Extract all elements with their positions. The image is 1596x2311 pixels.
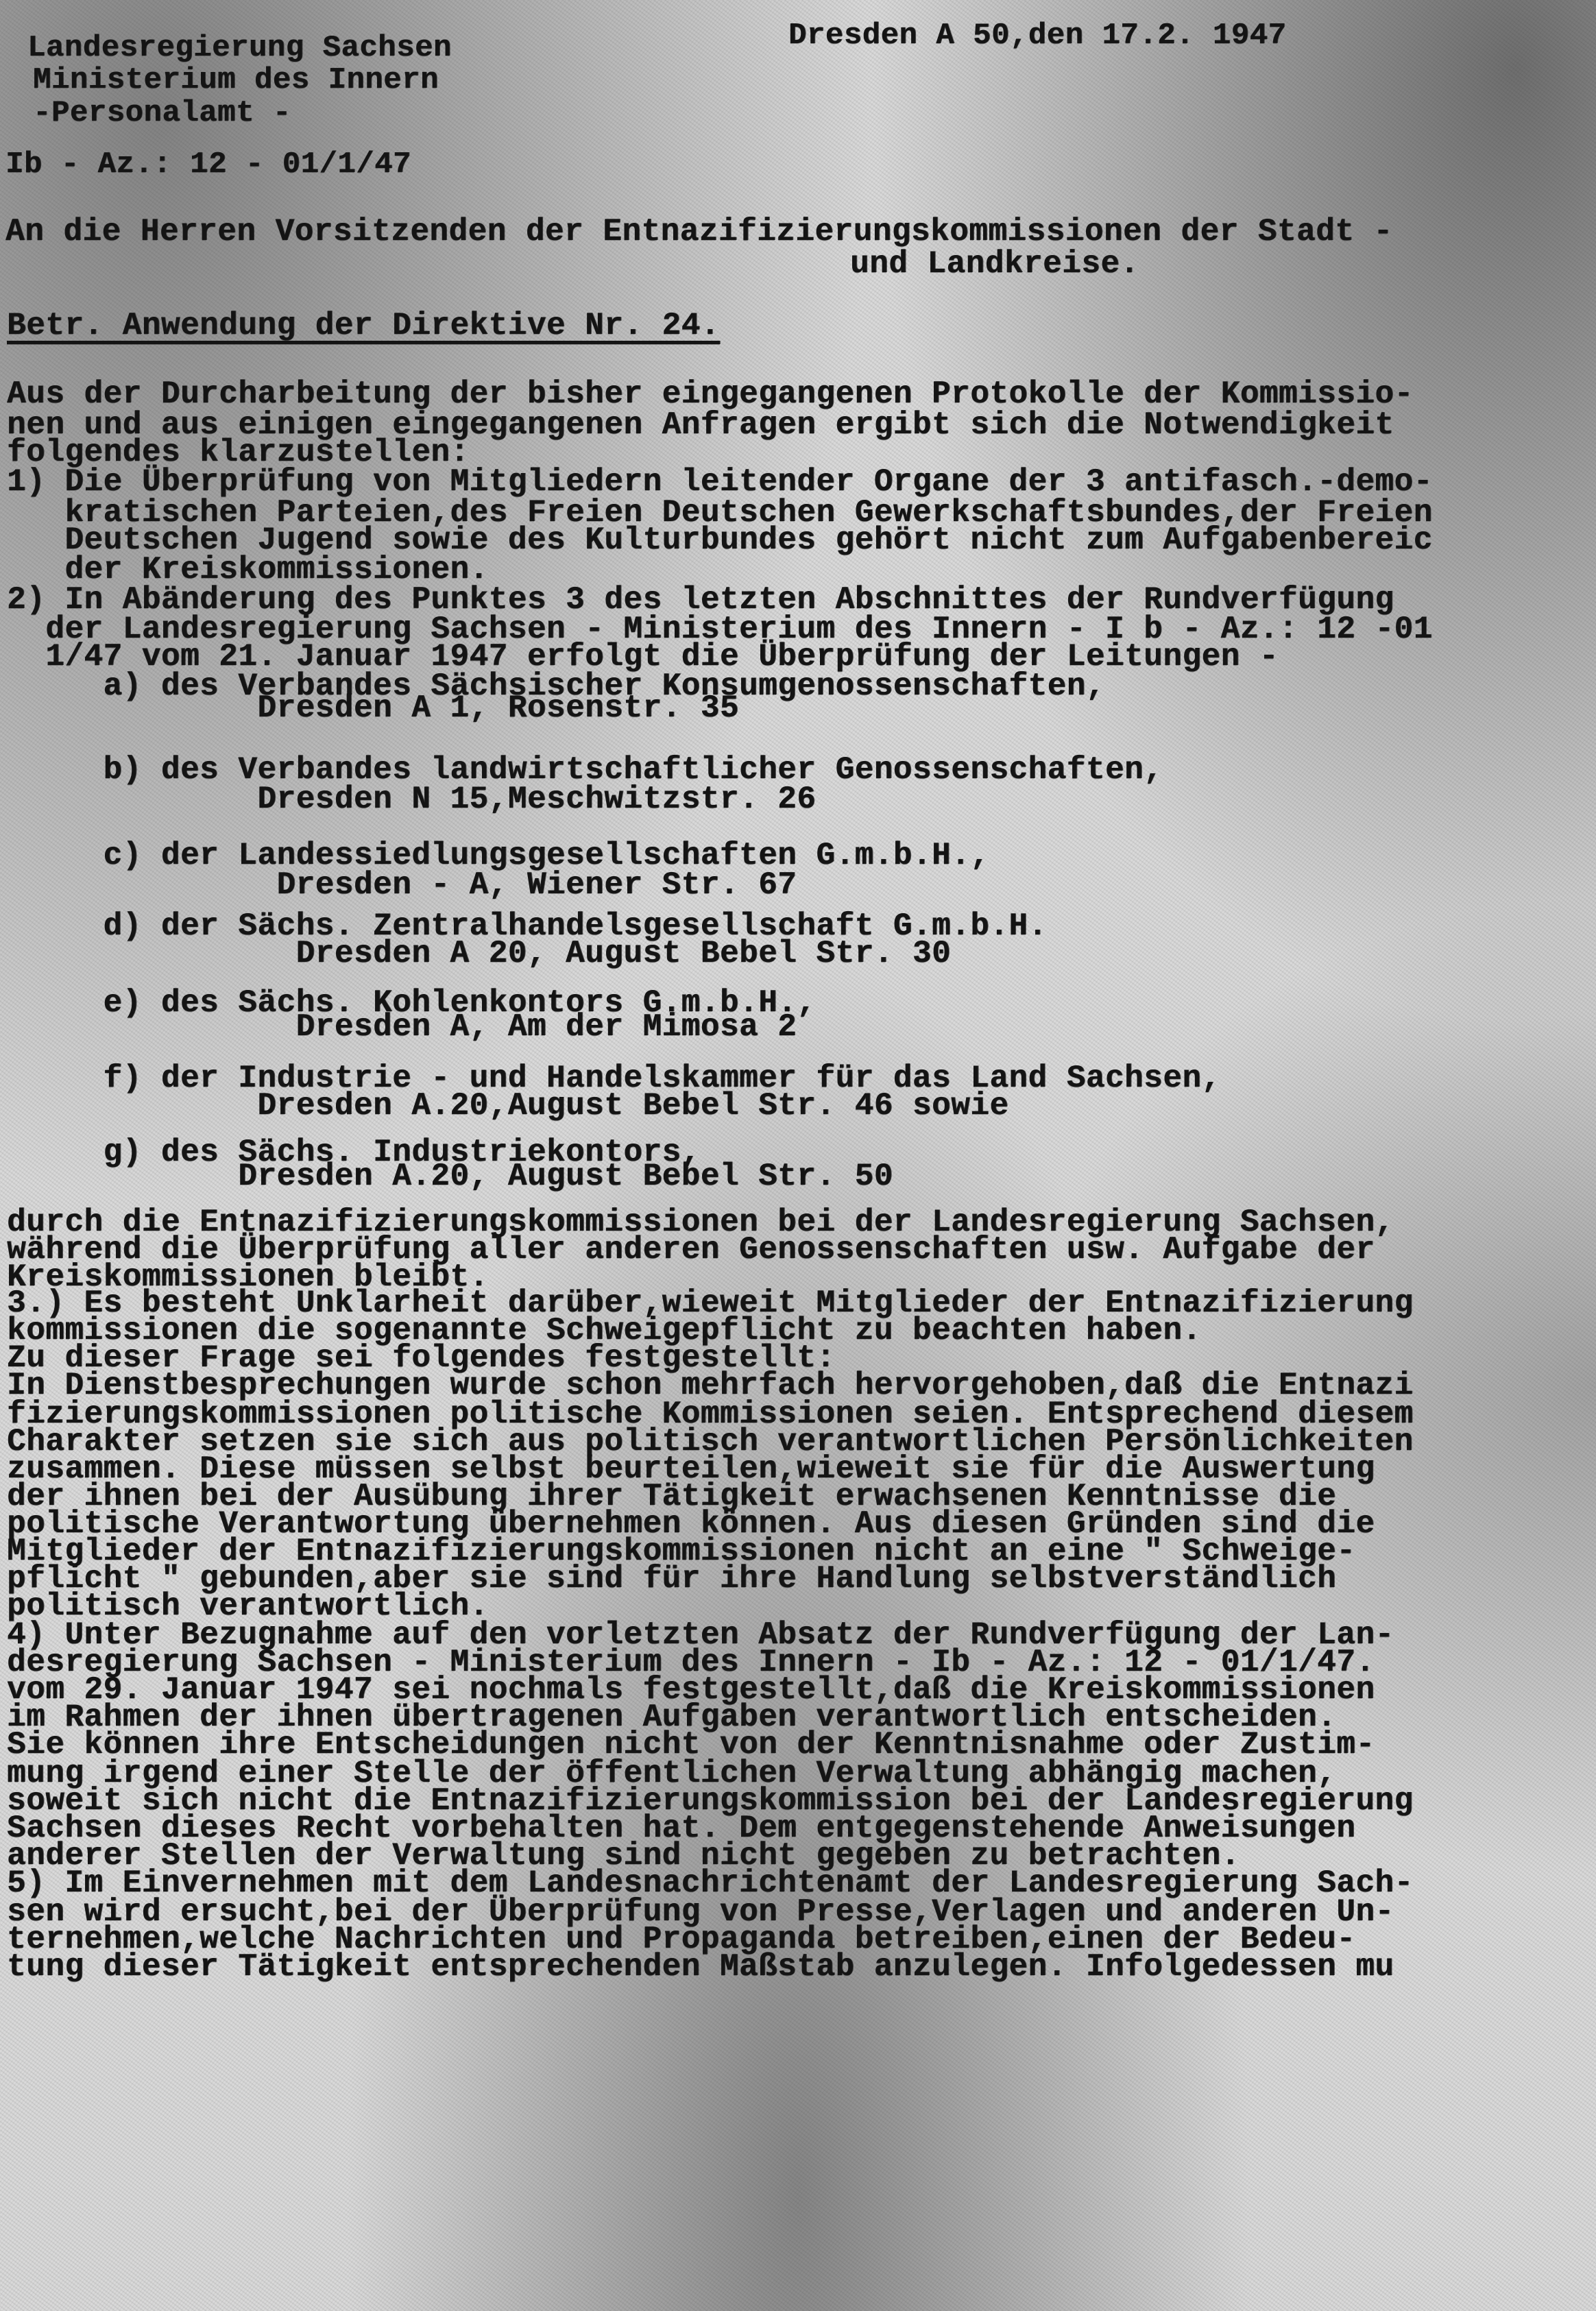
body-line: der Kreiskommissionen. [7,554,489,585]
body-line: 1) Die Überprüfung von Mitgliedern leite… [7,466,1433,498]
body-line: Dresden - A, Wiener Str. 67 [7,869,797,901]
letterhead-line-3: -Personalamt - [33,98,291,128]
body-line: Dresden A, Am der Mimosa 2 [7,1011,797,1043]
body-line: Dresden A 20, August Bebel Str. 30 [7,938,951,969]
scanned-letter-page: Landesregierung Sachsen Ministerium des … [0,0,1596,2311]
letterhead-line-1: Landesregierung Sachsen [27,33,452,63]
dateline: Dresden A 50,den 17.2. 1947 [788,21,1286,51]
body-line: tung dieser Tätigkeit entsprechenden Maß… [7,1951,1394,1983]
body-line: Dresden A.20, August Bebel Str. 50 [7,1161,893,1192]
subject-line: Betr. Anwendung der Direktive Nr. 24. [7,310,720,341]
body-line: Dresden A 1, Rosenstr. 35 [7,692,739,724]
letterhead-line-2: Ministerium des Innern [33,65,439,95]
addressee-line-2: und Landkreise. [850,248,1139,280]
body-line: Aus der Durcharbeitung der bisher eingeg… [7,378,1414,410]
addressee-line-1: An die Herren Vorsitzenden der Entnazifi… [5,216,1393,247]
body-line: Dresden N 15,Meschwitzstr. 26 [7,784,816,815]
body-line: Dresden A.20,August Bebel Str. 46 sowie [7,1090,1008,1122]
reference-number: Ib - Az.: 12 - 01/1/47 [5,149,411,180]
